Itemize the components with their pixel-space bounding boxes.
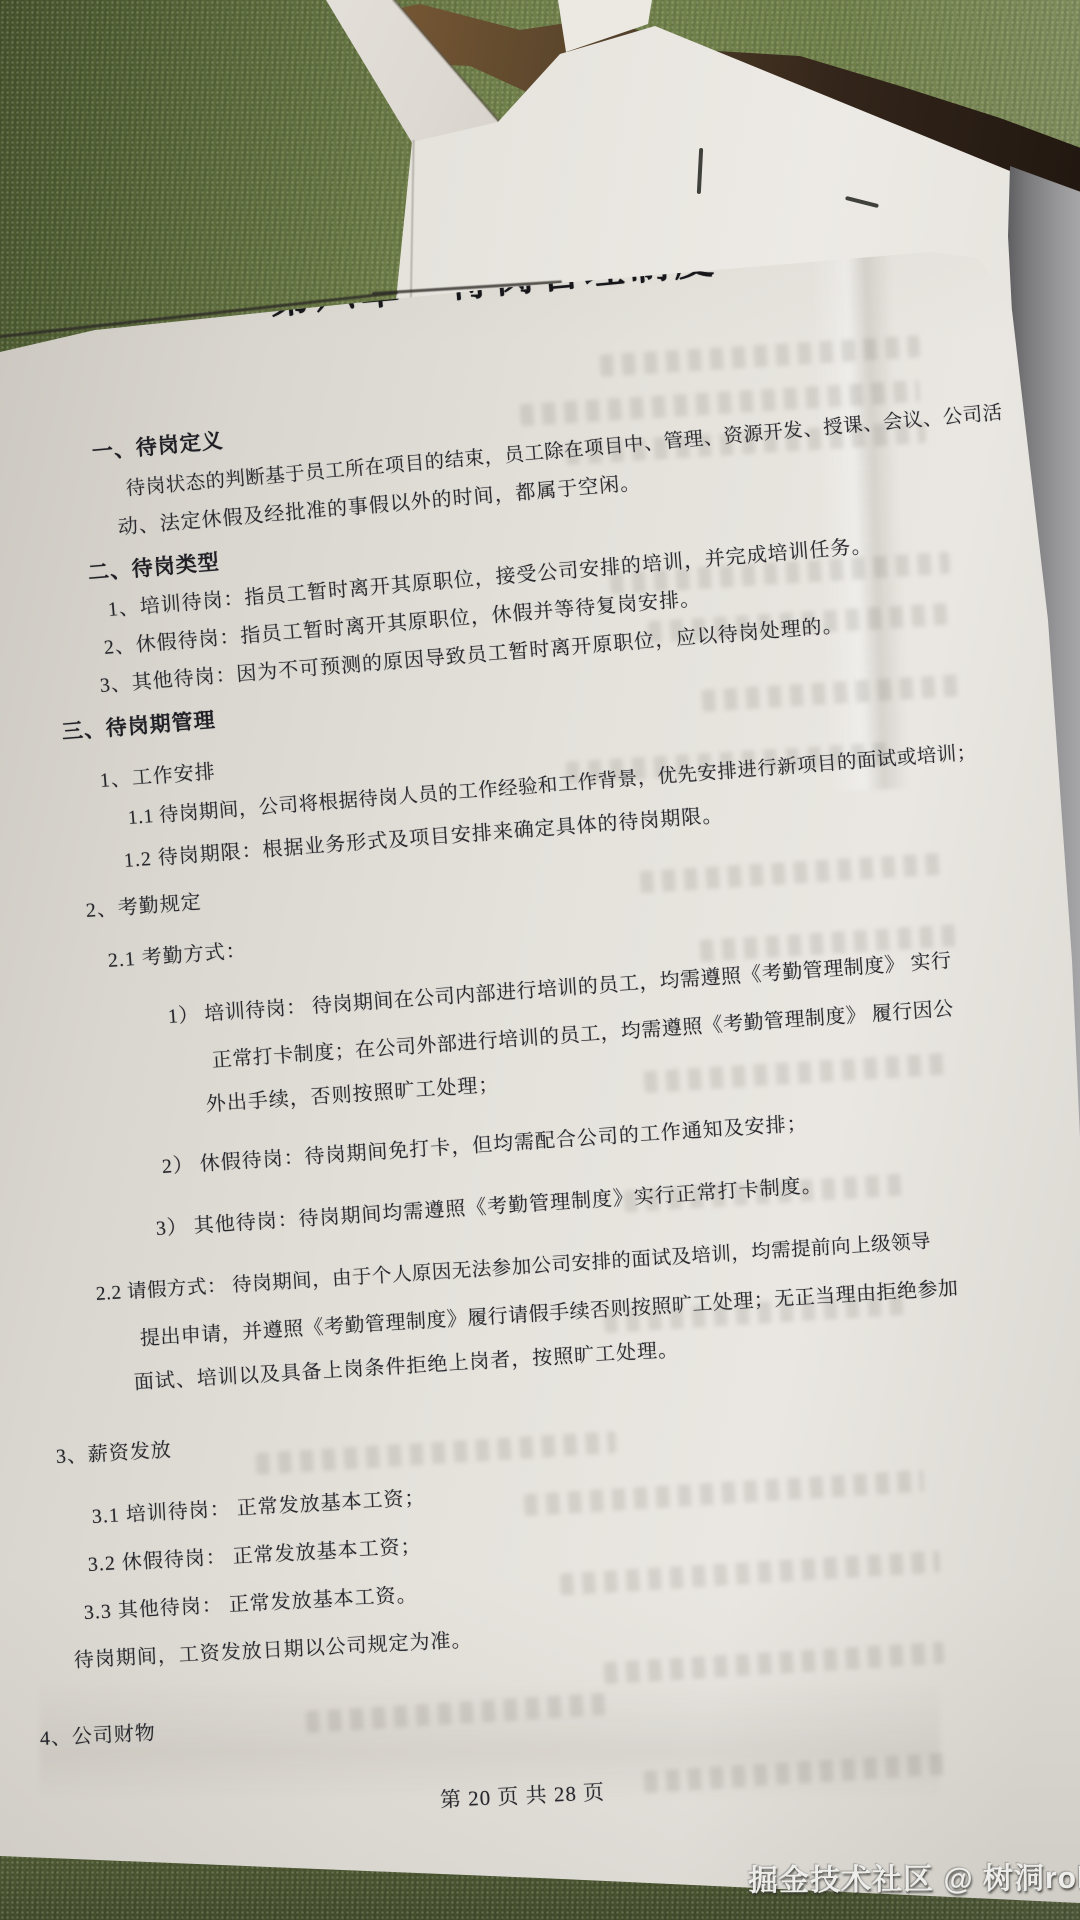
doc-heading: 三、待岗期管理 — [61, 708, 216, 744]
document-page: 第六章 待岗管理制度一、待岗定义待岗状态的判断基于员工所在项目的结束，员工除在项… — [0, 0, 1080, 1920]
doc-line: 第 20 页 共 28 页 — [439, 1780, 605, 1812]
doc-line: 2、考勤规定 — [85, 891, 202, 923]
doc-heading: 二、待岗类型 — [87, 550, 221, 585]
doc-line: 3） 其他待岗：待岗期间均需遵照《考勤管理制度》实行正常打卡制度。 — [155, 1175, 823, 1241]
doc-line: 2） 休假待岗：待岗期间免打卡，但均需配合公司的工作通知及安排； — [161, 1113, 808, 1179]
doc-line: 3.1 培训待岗： 正常发放基本工资； — [91, 1487, 426, 1529]
watermark-label: 掘金技术社区 @ 树洞robot — [748, 1852, 1080, 1899]
doc-line: 4、公司财物 — [39, 1722, 156, 1751]
doc-line: 1、工作安排 — [99, 761, 216, 793]
doc-line: 待岗期间，工资发放日期以公司规定为准。 — [73, 1629, 473, 1673]
doc-line: 3.3 其他待岗： 正常发放基本工资。 — [83, 1584, 418, 1625]
photo-stage: 第六章 待岗管理制度一、待岗定义待岗状态的判断基于员工所在项目的结束，员工除在项… — [0, 0, 1080, 1920]
doc-line: 2.1 考勤方式： — [107, 940, 247, 973]
doc-heading: 一、待岗定义 — [91, 428, 225, 464]
doc-line: 外出手续，否则按照旷工处理； — [205, 1074, 500, 1117]
document-lines: 第六章 待岗管理制度一、待岗定义待岗状态的判断基于员工所在项目的结束，员工除在项… — [0, 0, 1080, 1920]
doc-line: 3、薪资发放 — [55, 1439, 172, 1469]
doc-line: 3.2 休假待岗： 正常发放基本工资； — [87, 1536, 422, 1577]
doc-line: 面试、培训以及具备上岗条件拒绝上岗者，按照旷工处理。 — [133, 1339, 679, 1395]
